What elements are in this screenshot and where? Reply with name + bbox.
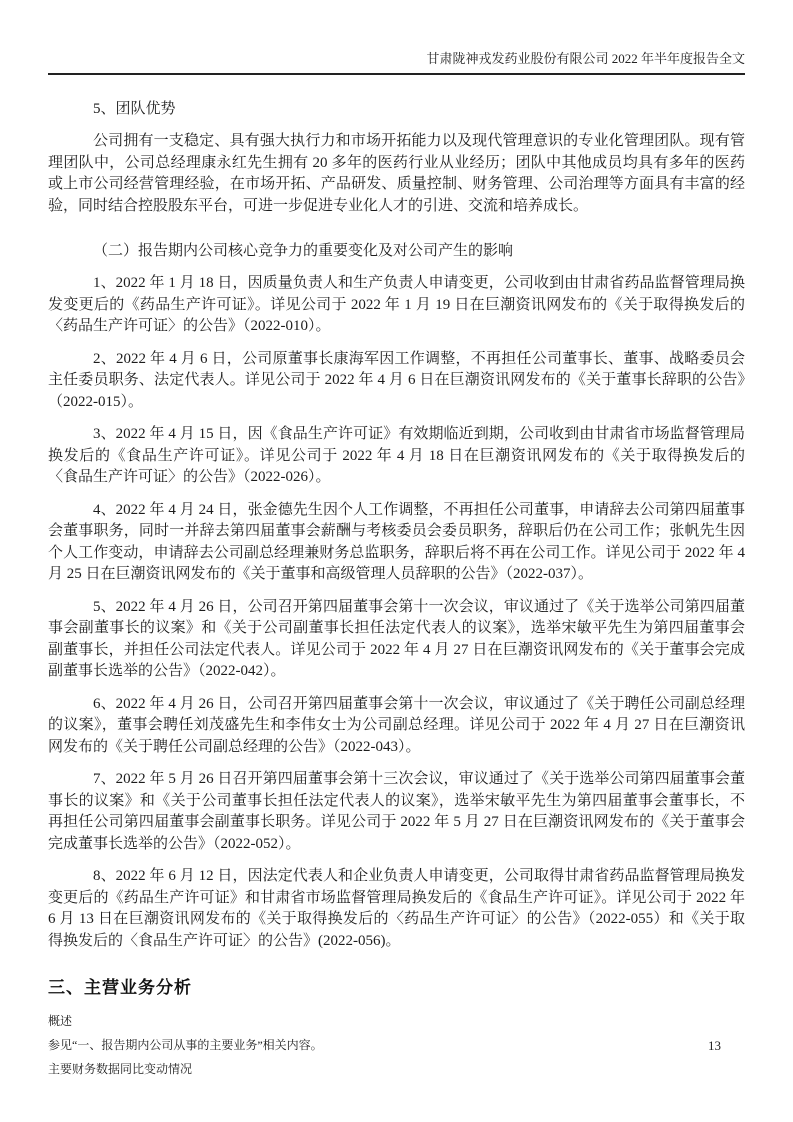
paragraph-item-2: 2、2022 年 4 月 6 日，公司原董事长康海军因工作调整，不再担任公司董事…: [48, 349, 745, 414]
heading-core-competitiveness-changes: （二）报告期内公司核心竞争力的重要变化及对公司产生的影响: [48, 240, 745, 262]
paragraph-team-advantage: 公司拥有一支稳定、具有强大执行力和市场开拓能力以及现代管理意识的专业化管理团队。…: [48, 131, 745, 217]
paragraph-item-6: 6、2022 年 4 月 26 日，公司召开第四届董事会第十一次会议，审议通过了…: [48, 694, 745, 759]
paragraph-item-8: 8、2022 年 6 月 12 日，因法定代表人和企业负责人申请变更，公司取得甘…: [48, 866, 745, 952]
heading-main-business-analysis: 三、主营业务分析: [48, 973, 745, 998]
page-number: 13: [708, 1038, 721, 1054]
overview-reference: 参见“一、报告期内公司从事的主要业务”相关内容。: [48, 1038, 745, 1053]
page-header: 甘肃陇神戎发药业股份有限公司 2022 年半年度报告全文: [48, 50, 745, 75]
finance-change-label: 主要财务数据同比变动情况: [48, 1062, 745, 1077]
paragraph-item-7: 7、2022 年 5 月 26 日召开第四届董事会第十三次会议，审议通过了《关于…: [48, 769, 745, 855]
paragraph-item-3: 3、2022 年 4 月 15 日，因《食品生产许可证》有效期临近到期，公司收到…: [48, 424, 745, 489]
header-title: 甘肃陇神戎发药业股份有限公司 2022 年半年度报告全文: [48, 50, 745, 73]
paragraph-item-1: 1、2022 年 1 月 18 日，因质量负责人和生产负责人申请变更，公司收到由…: [48, 273, 745, 338]
report-body: 5、团队优势 公司拥有一支稳定、具有强大执行力和市场开拓能力以及现代管理意识的专…: [48, 98, 745, 1077]
heading-team-advantage: 5、团队优势: [48, 98, 745, 120]
paragraph-item-5: 5、2022 年 4 月 26 日，公司召开第四届董事会第十一次会议，审议通过了…: [48, 597, 745, 683]
overview-label: 概述: [48, 1014, 745, 1029]
paragraph-item-4: 4、2022 年 4 月 24 日，张金德先生因个人工作调整，不再担任公司董事，…: [48, 500, 745, 586]
report-page: 甘肃陇神戎发药业股份有限公司 2022 年半年度报告全文 5、团队优势 公司拥有…: [0, 0, 793, 1122]
